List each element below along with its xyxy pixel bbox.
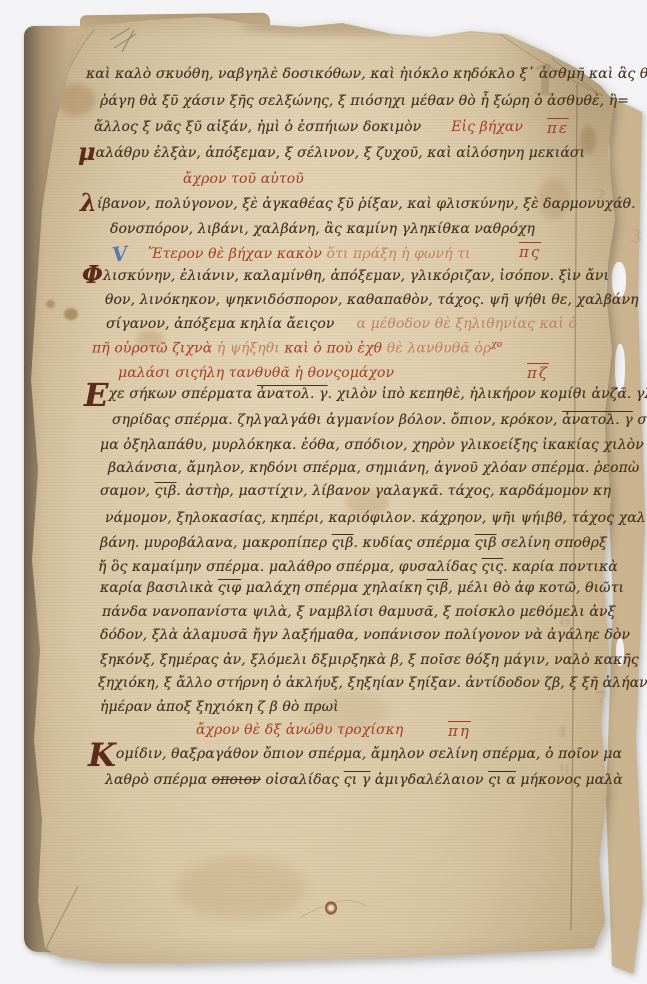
text-segment: δόδον, ξλὰ ἀλαμυσᾶ ἤγν λαξήμαθα, νοπάνισ…: [100, 627, 630, 643]
text-segment: ἄχρον θὲ δξ ἀνώθυ τροχίσκη: [196, 722, 403, 738]
text-segment: Εἰς βήχαν: [451, 119, 523, 135]
manuscript-line: μαλάθρυ ἐλξὰν, ἀπόξεμαν, ξ σέλινον, ξ ζυ…: [78, 145, 585, 161]
text-segment: ἤ ὃς καμαίμην σπέρμα. μαλάθρο σπέρμα, φυ…: [98, 559, 482, 575]
manuscript-line: σηρίδας σπέρμα. ζηλγαλγάθι ἀγμανίον βόλο…: [112, 412, 647, 428]
text-segment: χο: [491, 340, 502, 350]
manuscript-line: ἄλλος ξ νᾶς ξῦ αἰξάν, ἠμὶ ὁ ἐσπήιων δοκι…: [94, 119, 523, 135]
text-segment: οἰσαλίδας: [261, 772, 344, 788]
ghost-numeral: 9: [559, 760, 570, 779]
text-segment: βαλάνσια, ἄμηλον, κηδόνι σπέρμα, σημιάνη…: [108, 460, 639, 476]
text-segment: ἄχρον τοῦ αὐτοῦ: [183, 171, 304, 187]
text-segment: ςιβ: [475, 535, 497, 551]
manuscript-line: Εχε σήκων σπέρματα ἀνατολ. γ. χιλὸν ἱπὸ …: [84, 386, 647, 402]
manuscript-line: σίγανον, ἀπόξεμα κηλία ἄειςονα μέθοδον θ…: [106, 316, 577, 332]
text-segment: νάμομον, ξηλοκασίας, κηπέρι, καριόφιλον.…: [105, 510, 646, 526]
manuscript-line: νάμομον, ξηλοκασίας, κηπέρι, καριόφιλον.…: [105, 510, 646, 526]
text-segment: Κ: [88, 736, 116, 774]
photo-background: καὶ καλὸ σκυόθη, ναβγηλὲ δοσικόθων, καὶ …: [0, 0, 647, 984]
manuscript-line: Φλισκύνην, ἐλιάνιν, καλαμίνθη, ἀπόξεμαν,…: [82, 268, 609, 284]
text-segment: ομίδιν, θαξραγάθον ὄπιον σπέρμα, ἄμηλον …: [116, 746, 622, 762]
ghost-numeral: 6: [559, 612, 571, 632]
text-segment: ςιφ: [218, 580, 241, 596]
text-segment: Ἕτερον θὲ βήχαν κακὸν: [148, 246, 327, 262]
text-segment: αλάθρυ ἐλξὰν, ἀπόξεμαν, ξ σέλινον, ξ ζυχ…: [96, 145, 585, 161]
text-segment: καρία βασιλικὰ: [100, 580, 218, 596]
manuscript-line: ἄχρον τοῦ αὐτοῦ: [183, 171, 304, 187]
text-segment: μ: [78, 137, 96, 166]
text-segment: δονσπόρον, λιβάνι, χαλβάνη, ἂς καμίνη γλ…: [110, 221, 535, 237]
manuscript-line: ξηκόνξ, ξημέρας ἀν, ξλόμελι δξμιρξηκὰ β,…: [100, 652, 639, 668]
text-segment: α μέθοδον θὲ ξηλιθηνίας καὶ ὁ: [357, 316, 578, 332]
text-segment: ἡ ψήξηθι: [217, 341, 285, 357]
blue-paragraph-mark: V: [111, 241, 129, 266]
chapter-number: πη: [448, 722, 471, 740]
manuscript-line: λαθρὸ σπέρμα οποιον οἰσαλίδας ςι γ ἀμιγδ…: [105, 772, 623, 788]
text-segment: πάνδα νανοπανίστα ψιλὰ, ξ ναμβλίσι θαμυσ…: [102, 604, 615, 620]
text-segment: οποιον: [212, 772, 261, 788]
text-segment: θὲ λανθυθᾶ ὀρ: [387, 341, 491, 357]
ghost-numeral: 7: [595, 688, 608, 709]
text-segment: ςι α: [488, 772, 516, 788]
manuscript-line: δόδον, ξλὰ ἀλαμυσᾶ ἤγν λαξήμαθα, νοπάνισ…: [100, 627, 630, 643]
text-segment: ὅτι πράξη ἡ φωνή τι: [327, 246, 471, 262]
text-segment: λαθρὸ σπέρμα: [105, 772, 212, 788]
text-segment: ἀμιγδαλέλαιον: [370, 772, 488, 788]
text-segment: λισκύνην, ἐλιάνιν, καλαμίνθη, ἀπόξεμαν, …: [103, 268, 609, 284]
manuscript-line: ἄχρον θὲ δξ ἀνώθυ τροχίσκη: [196, 722, 403, 738]
text-segment: λ: [80, 188, 97, 217]
chapter-number: πε: [547, 119, 569, 137]
chapter-number: πς: [519, 243, 541, 261]
manuscript-line: θον, λινόκηκον, ψηκνιδόσπορον, καθαπαθὸν…: [105, 292, 639, 308]
text-segment: . καρία ποντικὰ: [503, 559, 618, 575]
text-segment: σαμον,: [100, 483, 155, 499]
manuscript-photo: { "colors":{ "background":"#f3f3f5", "pa…: [0, 0, 647, 984]
text-segment: , μέλι θὸ ἀφ κοτῶ, θιῶτι: [448, 580, 624, 596]
text-segment: . κυδίας σπέρμα: [353, 535, 474, 551]
manuscript-line: Ἕτερον θὲ βήχαν κακὸν ὅτι πράξη ἡ φωνή τ…: [148, 246, 471, 262]
ghost-numeral: 2: [594, 186, 607, 207]
text-segment: Ε: [84, 376, 109, 414]
text-segment: . ἀστὴρ, μαστίχιν, λίβανον γαλαγκᾶ. τάχο…: [176, 483, 611, 499]
text-segment: χε σήκων σπέρματα: [109, 386, 257, 402]
text-segment: βάνη. μυροβάλανα, μακροπίπερ: [100, 535, 332, 551]
ghost-numeral: 3: [630, 226, 643, 247]
manuscript-line: Κομίδιν, θαξραγάθον ὄπιον σπέρμα, ἄμηλον…: [88, 746, 622, 762]
text-segment: μαλάχη σπέρμα χηλαίκη: [241, 580, 426, 596]
text-segment: καὶ καλὸ σκυόθη, ναβγηλὲ δοσικόθων, καὶ …: [86, 66, 647, 82]
text-segment: ξηκόνξ, ξημέρας ἀν, ξλόμελι δξμιρξηκὰ β,…: [100, 652, 639, 668]
manuscript-line: βαλάνσια, ἄμηλον, κηδόνι σπέρμα, σημιάνη…: [108, 460, 639, 476]
text-segment: ςιβ: [155, 483, 177, 499]
manuscript-line: μαλάσι σιςήλη τανθυθᾶ ἡ θονςομάχον: [118, 365, 394, 381]
ghost-numeral: 1: [528, 55, 561, 106]
manuscript-line: δονσπόρον, λιβάνι, χαλβάνη, ἂς καμίνη γλ…: [110, 221, 535, 237]
text-segment: σελίνη σποθρξ: [497, 535, 607, 551]
text-segment: σποθρ: [633, 412, 647, 428]
text-segment: ἀνατολ. γ: [257, 386, 328, 402]
manuscript-line: σαμον, ςιβ. ἀστὴρ, μαστίχιν, λίβανον γαλ…: [100, 483, 611, 499]
manuscript-line: καρία βασιλικὰ ςιφ μαλάχη σπέρμα χηλαίκη…: [100, 580, 624, 596]
manuscript-line: βάνη. μυροβάλανα, μακροπίπερ ςιβ. κυδίας…: [100, 535, 607, 551]
text-segment: ξηχιόκη, ξ ἄλλο στήρνη ὁ ἀκλήυξ, ξηξηίαν…: [98, 675, 647, 691]
text-segment: θον, λινόκηκον, ψηκνιδόσπορον, καθαπαθὸν…: [105, 292, 639, 308]
text-segment: ἀνατολ. γ: [562, 412, 633, 428]
text-segment: ςιβ: [332, 535, 354, 551]
text-segment: πῆ οὐροτῶ ζιχνὰ: [92, 341, 217, 357]
chapter-number: πζ: [527, 364, 549, 382]
text-segment: μα ὀξηλαπάθυ, μυρλόκηκα. ἐόθα, σπόδιον, …: [100, 437, 644, 453]
text-segment: . χιλὸν ἱπὸ κεπηθὲ, ἠλικήρον κομίθι ἀνζᾶ…: [328, 386, 647, 402]
manuscript-text: καὶ καλὸ σκυόθη, ναβγηλὲ δοσικόθων, καὶ …: [0, 0, 647, 984]
manuscript-line: ἤ ὃς καμαίμην σπέρμα. μαλάθρο σπέρμα, φυ…: [98, 559, 618, 575]
text-segment: σίγανον, ἀπόξεμα κηλία ἄειςον: [106, 316, 335, 332]
text-segment: σηρίδας σπέρμα. ζηλγαλγάθι ἀγμανίον βόλο…: [112, 412, 562, 428]
manuscript-line: πάνδα νανοπανίστα ψιλὰ, ξ ναμβλίσι θαμυσ…: [102, 604, 615, 620]
text-segment: ίβανον, πολύγονον, ξὲ ἀγκαθέας ξῦ ῥίξαν,…: [97, 196, 636, 212]
ghost-numeral: 4: [556, 722, 567, 741]
manuscript-line: λίβανον, πολύγονον, ξὲ ἀγκαθέας ξῦ ῥίξαν…: [80, 196, 636, 212]
manuscript-line: μα ὀξηλαπάθυ, μυρλόκηκα. ἐόθα, σπόδιον, …: [100, 437, 644, 453]
text-segment: ἄλλος ξ νᾶς ξῦ αἰξάν, ἠμὶ ὁ ἐσπήιων δοκι…: [94, 119, 421, 135]
text-segment: καὶ ὁ ποὺ ἐχθ: [284, 341, 386, 357]
manuscript-line: ἡμέραν ἀποξ ξηχιόκη ζ β θὸ πρωὶ: [100, 699, 339, 715]
manuscript-line: καὶ καλὸ σκυόθη, ναβγηλὲ δοσικόθων, καὶ …: [86, 66, 647, 82]
text-segment: μαλάσι σιςήλη τανθυθᾶ ἡ θονςομάχον: [118, 365, 394, 381]
text-segment: ςι γ: [344, 772, 371, 788]
text-segment: Φ: [82, 260, 103, 289]
text-segment: ἡμέραν ἀποξ ξηχιόκη ζ β θὸ πρωὶ: [100, 699, 339, 715]
manuscript-line: πῆ οὐροτῶ ζιχνὰ ἡ ψήξηθι καὶ ὁ ποὺ ἐχθ θ…: [92, 340, 502, 357]
manuscript-line: ξηχιόκη, ξ ἄλλο στήρνη ὁ ἀκλήυξ, ξηξηίαν…: [98, 675, 647, 691]
text-segment: ςιβ: [426, 580, 448, 596]
text-segment: ςις: [482, 559, 503, 575]
